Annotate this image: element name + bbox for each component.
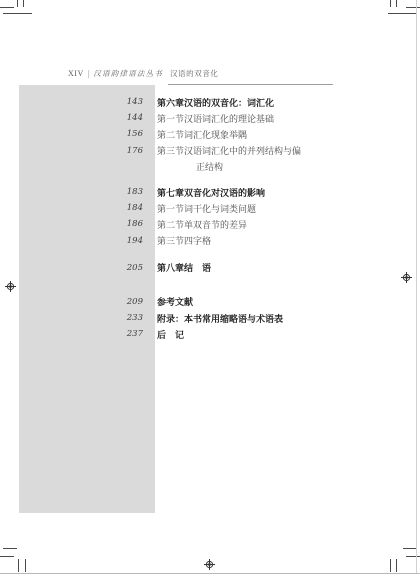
toc-row: 176 第三节 汉语词汇化中的并列结构与偏 — [0, 143, 420, 159]
table-of-contents: 143 第六章 汉语的双音化：词汇化 144 第一节 汉语词汇化的理论基础 15… — [0, 94, 420, 342]
running-head-rule — [168, 84, 333, 85]
toc-entry-label: 第七章 — [157, 186, 184, 199]
toc-row: 233 附录：本书常用缩略语与术语表 — [0, 310, 420, 326]
toc-entry-label: 第一节 — [157, 202, 184, 215]
crop-mark-icon — [17, 0, 18, 7]
crop-mark-icon — [18, 559, 19, 572]
toc-entry-label: 第一节 — [157, 112, 184, 125]
running-head-book-title: 汉语的双音化 — [170, 68, 219, 79]
running-head-separator: | — [88, 69, 90, 78]
toc-entry-title: 双音化对汉语的影响 — [184, 186, 265, 199]
toc-row: 183 第七章 双音化对汉语的影响 — [0, 184, 420, 200]
crop-mark-icon — [406, 7, 420, 8]
book-page: XIV | 汉语韵律语法丛书 汉语的双音化 143 第六章 汉语的双音化：词汇化… — [0, 0, 420, 580]
toc-page-number: 144 — [0, 113, 143, 123]
toc-entry-label: 第二节 — [157, 128, 184, 141]
toc-entry-label: 第三节 — [157, 144, 184, 157]
crop-mark-icon — [23, 0, 24, 7]
toc-entry-title: 正结构 — [196, 160, 223, 173]
toc-page-number: 233 — [0, 313, 143, 323]
toc-row: 186 第二节 单双音节的差异 — [0, 216, 420, 232]
toc-row: 156 第二节 词汇化现象举隅 — [0, 126, 420, 142]
crop-mark-icon — [25, 559, 26, 572]
toc-entry-title: 结 语 — [184, 261, 211, 274]
toc-page-number: 237 — [0, 329, 143, 339]
toc-page-number: 209 — [0, 297, 143, 307]
toc-page-number: 176 — [0, 146, 143, 156]
toc-entry-title: 汉语词汇化中的并列结构与偏 — [184, 144, 301, 157]
toc-entry-label: 第六章 — [157, 96, 184, 109]
crop-mark-icon — [403, 548, 417, 549]
toc-entry-title: 四字格 — [184, 234, 211, 247]
toc-row: 143 第六章 汉语的双音化：词汇化 — [0, 94, 420, 110]
page-edge-bottom — [0, 573, 420, 574]
toc-entry-label: 后 记 — [157, 328, 184, 341]
crop-mark-icon — [390, 559, 391, 572]
crop-mark-icon — [0, 7, 14, 8]
toc-row: 237 后 记 — [0, 326, 420, 342]
toc-entry-title: 词干化与词类问题 — [184, 202, 256, 215]
crop-mark-icon — [388, 13, 417, 14]
toc-row: 144 第一节 汉语词汇化的理论基础 — [0, 110, 420, 126]
toc-row: 194 第三节 四字格 — [0, 233, 420, 249]
toc-entry-title: 汉语词汇化的理论基础 — [184, 112, 274, 125]
toc-row-continuation: 正结构 — [0, 159, 420, 175]
crop-mark-icon — [3, 13, 32, 14]
crop-mark-icon — [406, 556, 420, 557]
crop-mark-icon — [390, 0, 391, 7]
toc-entry-title: 单双音节的差异 — [184, 218, 247, 231]
crop-mark-icon — [3, 548, 17, 549]
toc-page-number: 205 — [0, 263, 143, 273]
toc-page-number: 183 — [0, 187, 143, 197]
toc-entry-title: 词汇化现象举隅 — [184, 128, 247, 141]
toc-row: 205 第八章 结 语 — [0, 260, 420, 276]
toc-row: 209 参考文献 — [0, 294, 420, 310]
toc-page-number: 186 — [0, 219, 143, 229]
crop-mark-icon — [0, 556, 14, 557]
running-head-series-title: 汉语韵律语法丛书 — [93, 68, 163, 79]
toc-page-number: 194 — [0, 236, 143, 246]
toc-entry-title: 汉语的双音化：词汇化 — [184, 96, 274, 109]
toc-page-number: 156 — [0, 129, 143, 139]
running-head: XIV | 汉语韵律语法丛书 汉语的双音化 — [68, 67, 219, 80]
toc-entry-label: 第八章 — [157, 261, 184, 274]
toc-row: 184 第一节 词干化与词类问题 — [0, 200, 420, 216]
running-head-page-number: XIV — [68, 69, 84, 78]
crop-mark-icon — [396, 559, 397, 572]
toc-entry-label: 参考文献 — [157, 295, 193, 308]
toc-entry-label: 第二节 — [157, 218, 184, 231]
toc-entry-label: 第三节 — [157, 234, 184, 247]
toc-entry-label: 附录：本书常用缩略语与术语表 — [157, 312, 283, 325]
crop-mark-icon — [396, 0, 397, 7]
registration-mark-icon — [204, 559, 215, 570]
toc-page-number: 143 — [0, 97, 143, 107]
toc-page-number: 184 — [0, 203, 143, 213]
